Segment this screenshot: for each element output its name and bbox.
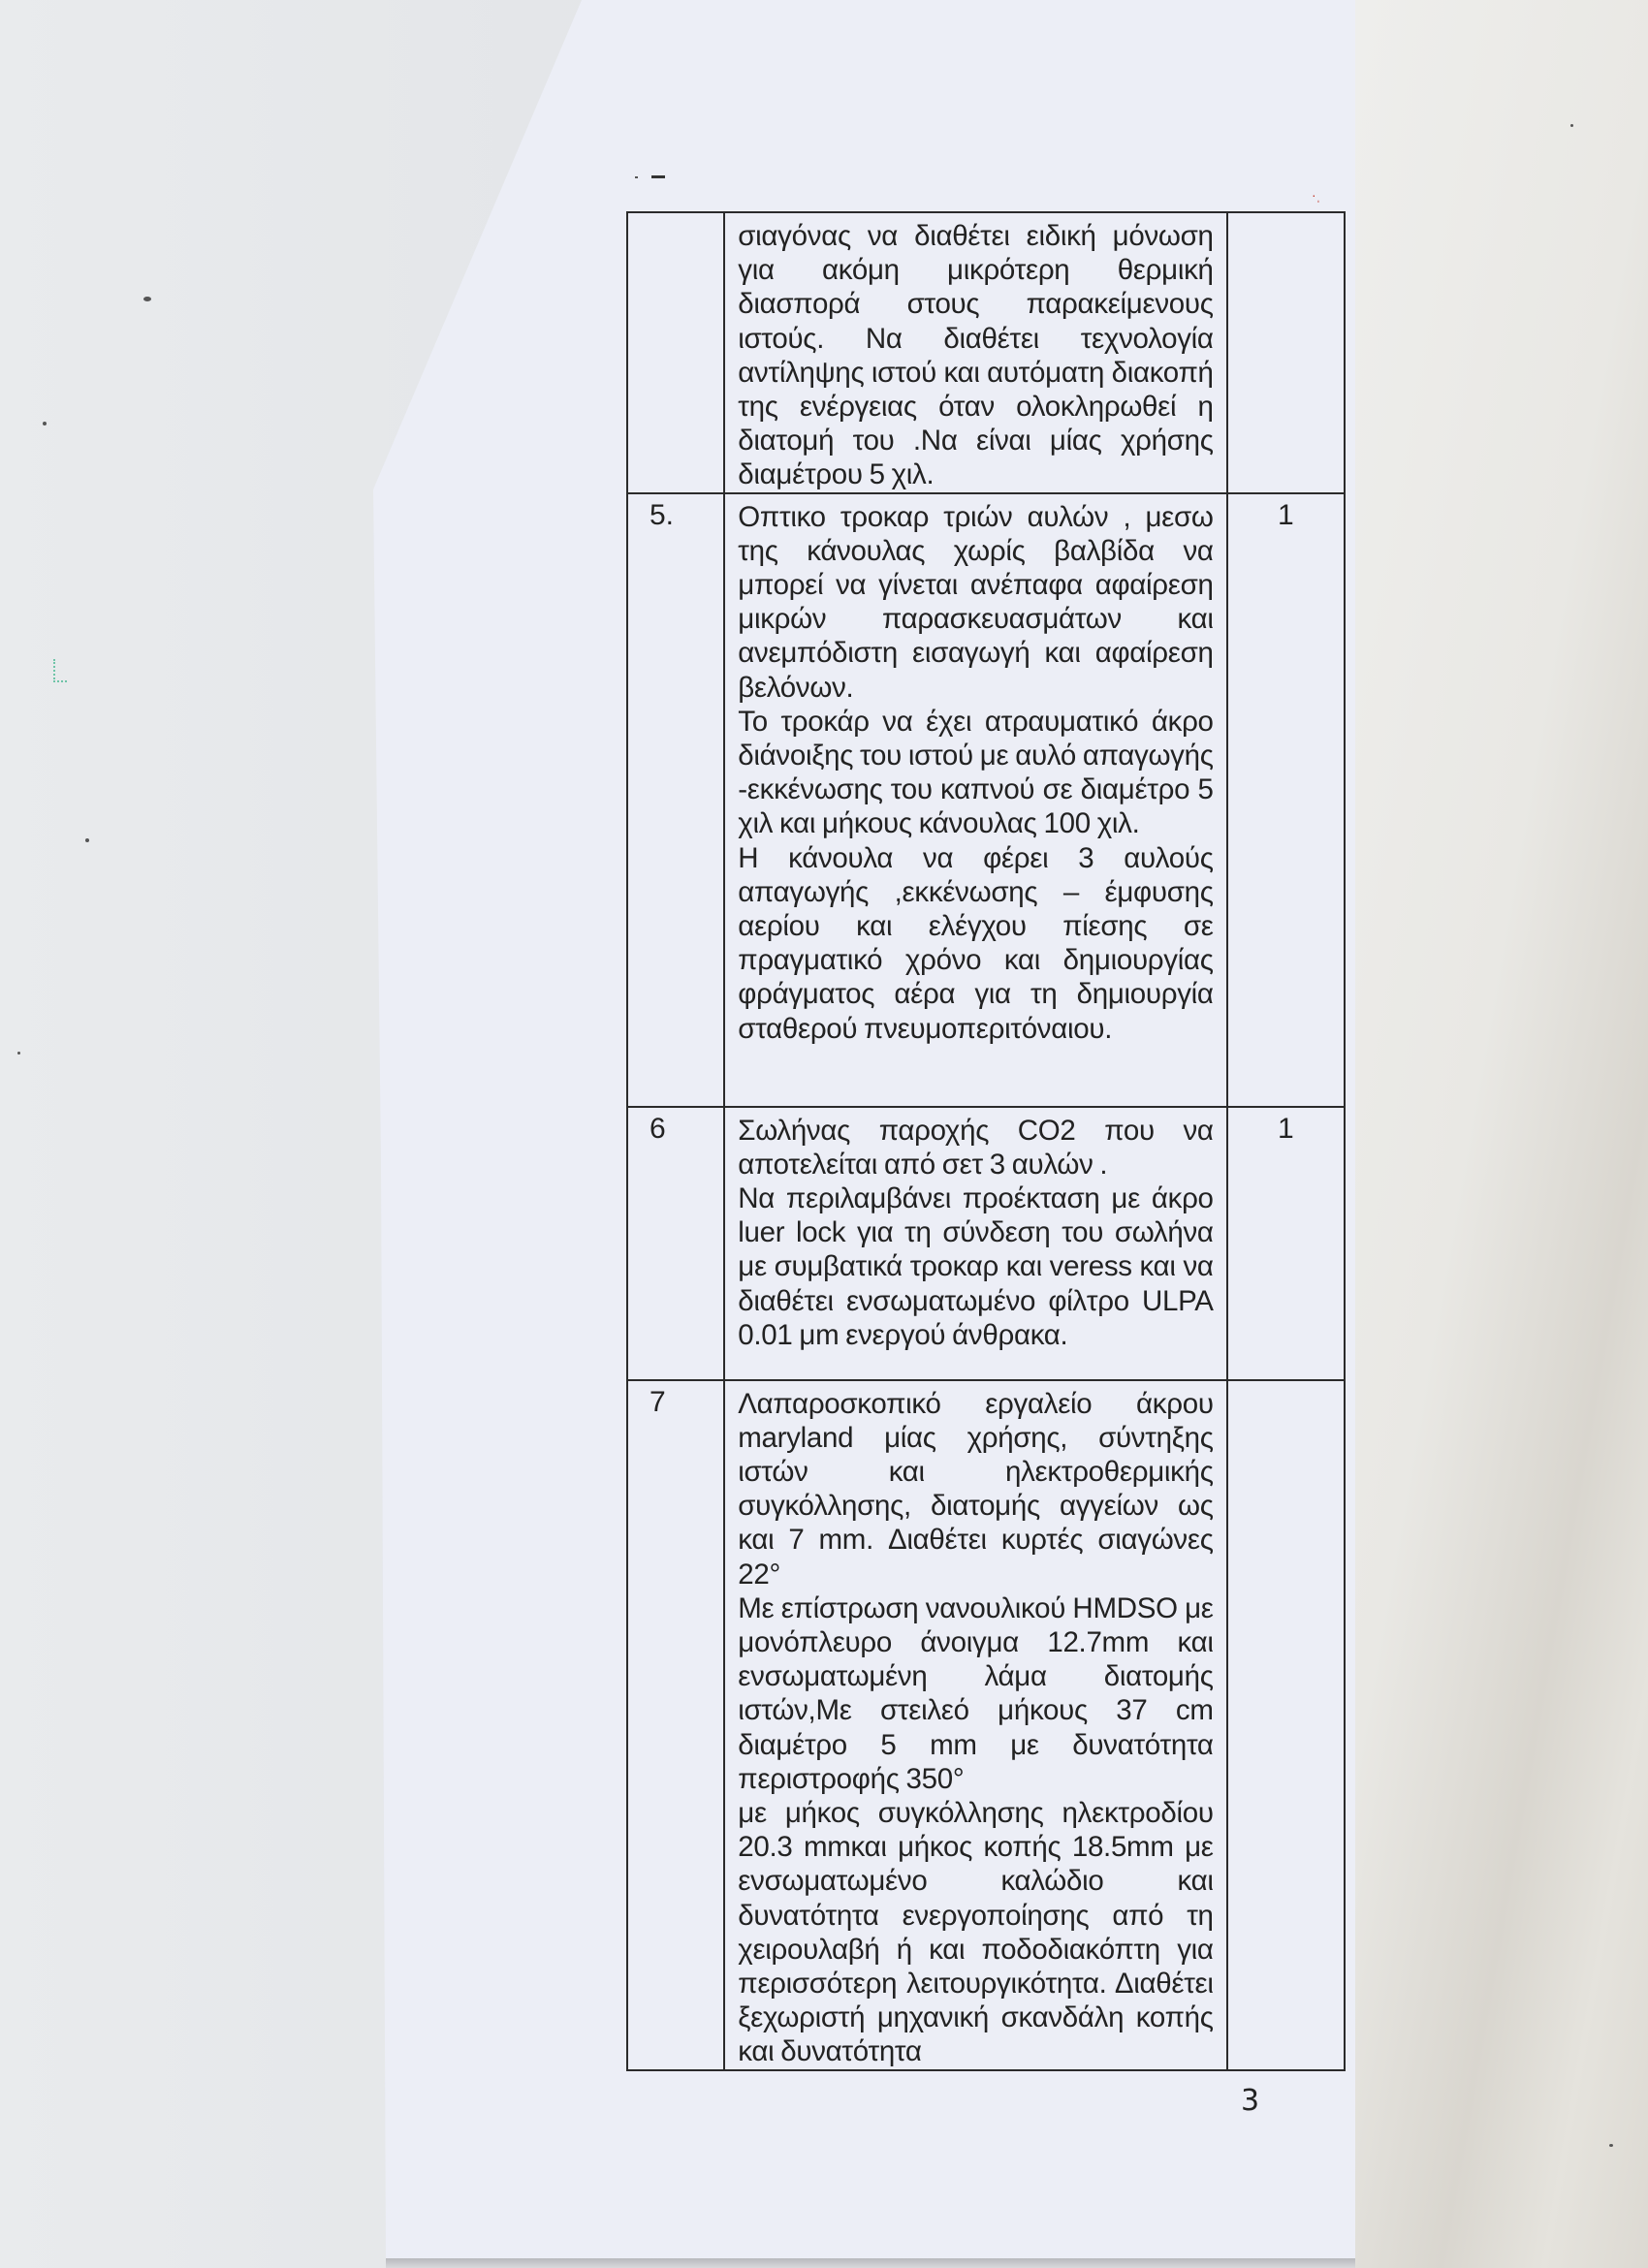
dust-speck <box>43 422 47 425</box>
description-paragraph: Να περιλαμβάνει προέκταση με άκρο luer l… <box>738 1181 1213 1352</box>
item-description: σιαγόνας να διαθέτει ειδική μόνωση για α… <box>724 212 1226 493</box>
dust-speck <box>85 838 89 842</box>
description-paragraph: Το τροκάρ να έχει ατραυματικό άκρο διάνο… <box>738 705 1213 841</box>
page-number: 3 <box>1241 2084 1259 2118</box>
item-quantity: 1 <box>1227 1107 1345 1380</box>
item-description: Σωλήνας παροχής CO2 που να αποτελείται α… <box>724 1107 1226 1380</box>
item-number: 6 <box>627 1107 724 1380</box>
item-quantity <box>1227 212 1345 493</box>
item-description: Λαπαροσκοπικό εργαλείο άκρου maryland μί… <box>724 1380 1226 2070</box>
item-number: 7 <box>627 1380 724 2070</box>
item-number: 5. <box>627 493 724 1107</box>
table-row: 6 Σωλήνας παροχής CO2 που να αποτελείται… <box>627 1107 1345 1380</box>
dust-speck <box>1609 2144 1613 2147</box>
print-speck <box>651 175 665 178</box>
description-paragraph: Λαπαροσκοπικό εργαλείο άκρου maryland μί… <box>738 1387 1213 1591</box>
print-speck <box>635 176 638 178</box>
dust-speck <box>143 297 151 301</box>
table-row: 7 Λαπαροσκοπικό εργαλείο άκρου maryland … <box>627 1380 1345 2070</box>
item-quantity: 1 <box>1227 493 1345 1107</box>
table-row: σιαγόνας να διαθέτει ειδική μόνωση για α… <box>627 212 1345 493</box>
red-ink-mark: ·ˌ <box>1312 187 1320 203</box>
item-description: Οπτικο τροκαρ τριών αυλών , μεσω της κάν… <box>724 493 1226 1107</box>
table-row: 5. Οπτικο τροκαρ τριών αυλών , μεσω της … <box>627 493 1345 1107</box>
item-quantity <box>1227 1380 1345 2070</box>
page-edge-shadow <box>386 2258 1355 2268</box>
dust-speck <box>17 1052 20 1055</box>
scanner-background-right <box>1355 0 1648 2268</box>
specifications-table: σιαγόνας να διαθέτει ειδική μόνωση για α… <box>626 211 1346 2071</box>
description-paragraph: σιαγόνας να διαθέτει ειδική μόνωση για α… <box>738 219 1213 492</box>
description-paragraph: με μήκος συγκόλλησης ηλεκτροδίου 20.3 mm… <box>738 1796 1213 2069</box>
description-paragraph: Με επίστρωση νανουλικού HMDSO με μονόπλε… <box>738 1591 1213 1796</box>
description-paragraph: Οπτικο τροκαρ τριών αυλών , μεσω της κάν… <box>738 500 1213 705</box>
description-paragraph: Η κάνουλα να φέρει 3 αυλούς απαγωγής ,εκ… <box>738 841 1213 1046</box>
description-paragraph: Σωλήνας παροχής CO2 που να αποτελείται α… <box>738 1114 1213 1181</box>
item-number <box>627 212 724 493</box>
ink-mark <box>53 659 67 682</box>
dust-speck <box>1570 124 1573 127</box>
